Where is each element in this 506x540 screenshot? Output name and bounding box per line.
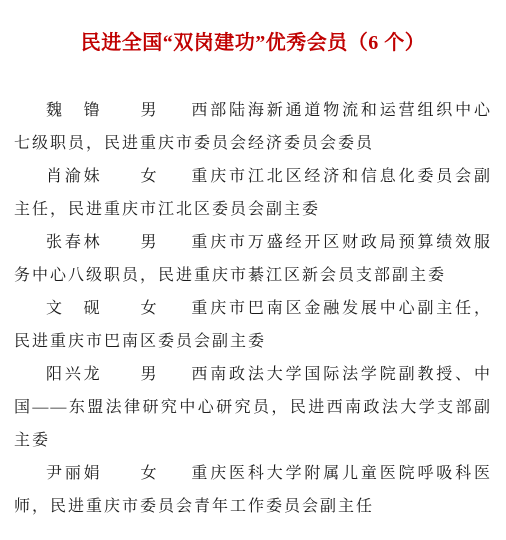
member-name: 文 砚 — [46, 300, 103, 317]
member-entry: 尹丽娟女重庆医科大学附属儿童医院呼吸科医师，民进重庆市委员会青年工作委员会副主任 — [14, 457, 492, 523]
member-gender: 女 — [141, 465, 160, 482]
member-gender: 男 — [141, 102, 160, 119]
member-entry: 阳兴龙男西南政法大学国际法学院副教授、中国——东盟法律研究中心研究员，民进西南政… — [14, 358, 492, 457]
member-entry: 张春林男重庆市万盛经开区财政局预算绩效服务中心八级职员，民进重庆市綦江区新会员支… — [14, 226, 492, 292]
member-gender: 女 — [141, 168, 160, 185]
member-entry: 文 砚女重庆市巴南区金融发展中心副主任，民进重庆市巴南区委员会副主委 — [14, 292, 492, 358]
member-name: 阳兴龙 — [46, 366, 103, 383]
member-gender: 女 — [141, 300, 160, 317]
member-name: 尹丽娟 — [46, 465, 103, 482]
member-entry: 肖渝妹女重庆市江北区经济和信息化委员会副主任，民进重庆市江北区委员会副主委 — [14, 160, 492, 226]
member-name: 魏 镥 — [46, 102, 103, 119]
member-gender: 男 — [141, 234, 160, 251]
member-name: 张春林 — [46, 234, 103, 251]
member-entry: 魏 镥男西部陆海新通道物流和运营组织中心七级职员，民进重庆市委员会经济委员会委员 — [14, 94, 492, 160]
document-page: 民进全国“双岗建功”优秀会员（6 个） 魏 镥男西部陆海新通道物流和运营组织中心… — [0, 0, 506, 540]
member-name: 肖渝妹 — [46, 168, 103, 185]
document-title: 民进全国“双岗建功”优秀会员（6 个） — [14, 28, 492, 58]
member-gender: 男 — [141, 366, 160, 383]
